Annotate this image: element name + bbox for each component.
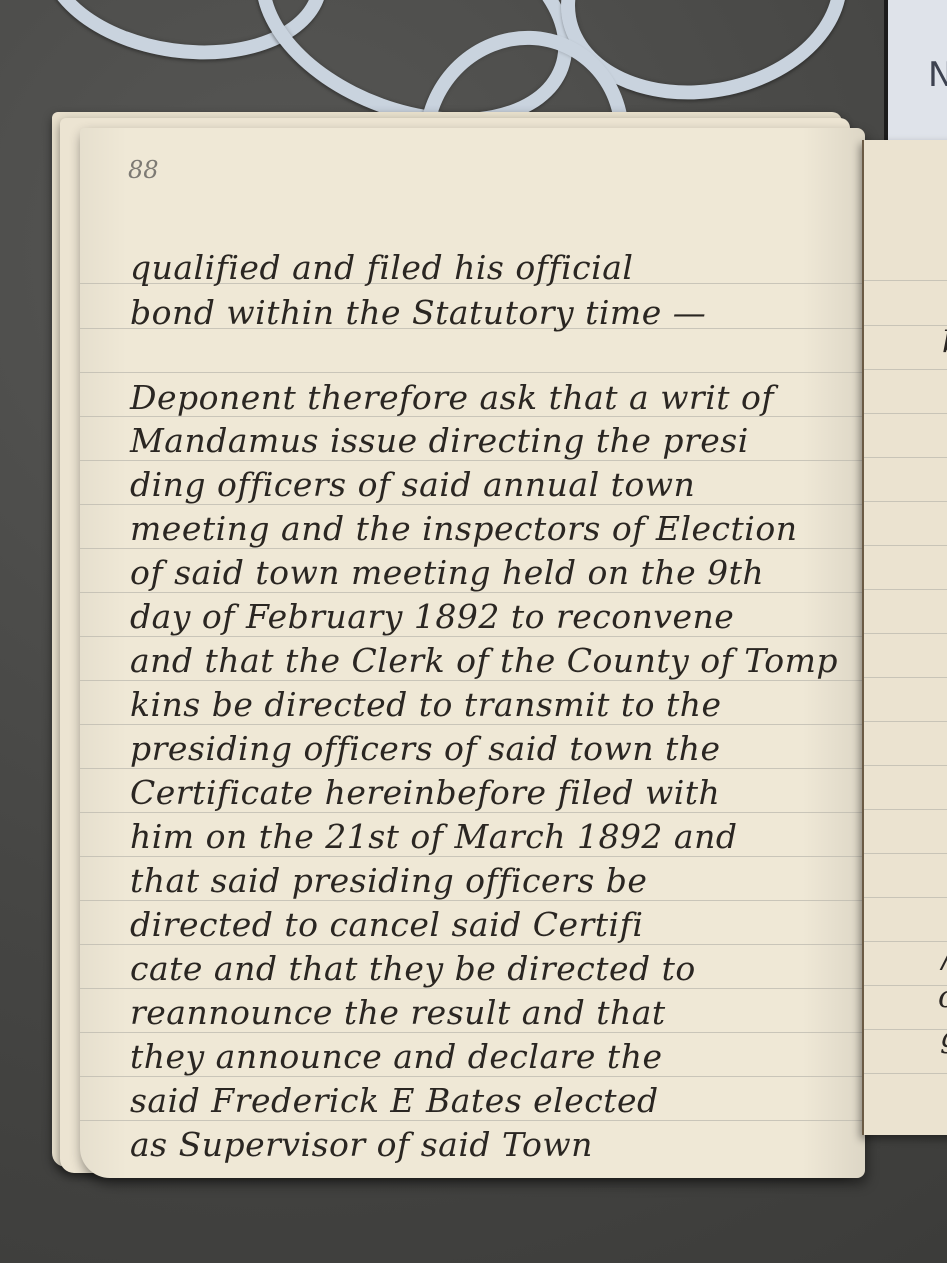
- handwritten-line: Deponent therefore ask that a writ of: [130, 378, 855, 417]
- handwritten-line: Mandamus issue directing the presi: [130, 421, 855, 460]
- handwritten-line: presiding officers of said town the: [130, 729, 855, 768]
- handwritten-line: directed to cancel said Certifi: [130, 905, 855, 944]
- ruled-line: [864, 677, 947, 678]
- ruled-line: [864, 633, 947, 634]
- handwritten-line: that said presiding officers be: [130, 861, 855, 900]
- facing-text-fragment: c: [938, 980, 947, 1015]
- ruled-line: [864, 457, 947, 458]
- ruled-line: [864, 853, 947, 854]
- ledger-page: 88 qualified and filed his official bond…: [80, 128, 865, 1178]
- ruled-line: [80, 1076, 865, 1077]
- ruled-line: [80, 592, 865, 593]
- ruled-line: [80, 1120, 865, 1121]
- ruled-line: [864, 325, 947, 326]
- ruled-line: [864, 501, 947, 502]
- ruled-line: [864, 897, 947, 898]
- ruled-line: [864, 589, 947, 590]
- handwritten-line: day of February 1892 to reconvene: [130, 597, 855, 636]
- ruled-line: [864, 941, 947, 942]
- ruled-line: [864, 1029, 947, 1030]
- ruled-line: [864, 413, 947, 414]
- ruled-line: [864, 985, 947, 986]
- ruled-line: [80, 1032, 865, 1033]
- ruled-line: [864, 765, 947, 766]
- handwritten-line: meeting and the inspectors of Election: [130, 509, 855, 548]
- ruled-line: [80, 900, 865, 901]
- ruled-line: [80, 988, 865, 989]
- ruled-line: [80, 372, 865, 373]
- card-letter: N: [928, 55, 947, 95]
- ruled-line: [864, 545, 947, 546]
- facing-text-fragment: b: [942, 325, 947, 360]
- handwritten-line: qualified and filed his official: [130, 248, 855, 287]
- handwritten-line: reannounce the result and that: [130, 993, 855, 1032]
- ruled-line: [80, 856, 865, 857]
- facing-page: b / c g: [862, 140, 947, 1135]
- ruled-line: [864, 369, 947, 370]
- handwritten-line: bond within the Statutory time —: [130, 293, 855, 332]
- ruled-line: [80, 680, 865, 681]
- ruled-line: [864, 809, 947, 810]
- ruled-line: [80, 460, 865, 461]
- ruled-line: [80, 944, 865, 945]
- handwritten-line: ding officers of said annual town: [130, 465, 855, 504]
- ruled-line: [80, 548, 865, 549]
- ruled-line: [80, 724, 865, 725]
- handwritten-line: of said town meeting held on the 9th: [130, 553, 855, 592]
- handwritten-line: cate and that they be directed to: [130, 949, 855, 988]
- ruled-line: [80, 636, 865, 637]
- ruled-line: [864, 1073, 947, 1074]
- handwritten-line: as Supervisor of said Town: [130, 1125, 855, 1164]
- index-card: N: [884, 0, 947, 148]
- handwritten-line: said Frederick E Bates elected: [130, 1081, 855, 1120]
- ruled-line: [80, 812, 865, 813]
- ruled-line: [864, 721, 947, 722]
- page-number: 88: [128, 156, 159, 184]
- handwritten-line: and that the Clerk of the County of Tomp: [130, 641, 855, 680]
- ruled-line: [80, 768, 865, 769]
- ruled-line: [864, 280, 947, 281]
- handwritten-line: kins be directed to transmit to the: [130, 685, 855, 724]
- ruled-line: [80, 504, 865, 505]
- handwritten-line: Certificate hereinbefore filed with: [130, 773, 855, 812]
- handwritten-line: him on the 21st of March 1892 and: [130, 817, 855, 856]
- facing-text-fragment: g: [940, 1020, 947, 1055]
- facing-text-fragment: /: [942, 940, 947, 975]
- handwritten-line: they announce and declare the: [130, 1037, 855, 1076]
